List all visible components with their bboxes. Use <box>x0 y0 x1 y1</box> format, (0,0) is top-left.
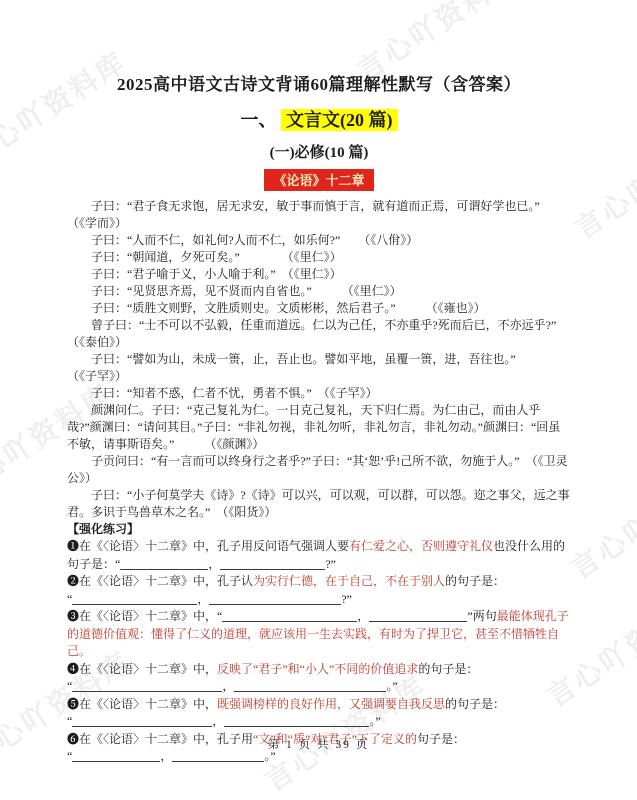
practice-question: ❺在《〈论语〉十二章》中，既强调榜样的良好作用，又强调要自我反思的句子是： “，… <box>67 696 571 731</box>
question-text: 在《〈论语〉十二章》中， <box>79 662 217 676</box>
answer-blank <box>369 609 467 622</box>
section-highlight: 文言文(20 篇) <box>281 109 398 131</box>
answer-blank <box>72 714 212 727</box>
passage-paragraph: 子曰：“譬如为山，未成一篑，止，吾止也。譬如平地，虽覆一篑，进，吾往也。” （《… <box>67 351 571 385</box>
question-text: 两句 <box>473 609 497 623</box>
passage-paragraph: 颜渊问仁。子曰：“克己复礼为仁。一日克己复礼，天下归仁焉。为仁由己，而由人乎哉?… <box>67 402 571 453</box>
question-number: ❺ <box>67 697 79 711</box>
blank-separator: ， <box>208 557 220 571</box>
question-number: ❶ <box>67 539 79 553</box>
answer-blank <box>220 557 325 570</box>
document-content: 2025高中语文古诗文背诵60篇理解性默写（含答案） 一、 文言文(20 篇) … <box>67 70 571 766</box>
passage-paragraph: 子曰：“小子何莫学夫《诗》?《诗》可以兴，可以观，可以群，可以怨。迩之事父，远之… <box>67 487 571 521</box>
section-number: 一、 <box>241 110 282 130</box>
page-title: 2025高中语文古诗文背诵60篇理解性默写（含答案） <box>67 70 571 95</box>
blank-close-quote: 。” <box>386 679 397 693</box>
question-text: 的句子是： <box>418 662 478 676</box>
question-red-text: 为实行仁德，在于自己，不在于别人 <box>253 574 445 588</box>
answer-blank <box>72 592 197 605</box>
document-page: 言心吖资料库 言心吖资料库 言心吖资料库 言心吖资料库 言心吖资料库 言心吖资料… <box>0 0 637 800</box>
question-text: 的句子是： <box>445 574 505 588</box>
blank-separator: ， <box>222 679 234 693</box>
passage-paragraph: 子曰：“人而不仁，如礼何?人而不仁，如乐何?” （《八佾》） <box>67 232 571 249</box>
blank-separator: ， <box>212 714 224 728</box>
question-red-text: 反映了“君子”和“小人”不同的价值追求 <box>217 662 418 676</box>
passage-paragraph: 子曰：“见贤思齐焉，见不贤而内自省也。” （《里仁》） <box>67 283 571 300</box>
practice-question: ❸在《〈论语〉十二章》中，“，”两句最能体现孔子的道德价值观：懂得了仁义的道理，… <box>67 608 571 661</box>
blank-separator: ， <box>357 609 369 623</box>
answer-blank <box>234 679 386 692</box>
chapter-banner: 《论语》十二章 <box>264 169 373 191</box>
page-footer: 第 1 页 共 39 页 <box>0 736 637 752</box>
answer-blank <box>222 609 357 622</box>
question-text: 在《〈论语〉十二章》中，孔子认 <box>79 574 253 588</box>
passage-paragraph: 子曰：“朝闻道，夕死可矣。” （《里仁》） <box>67 249 571 266</box>
question-text: 在《〈论语〉十二章》中， <box>79 697 217 711</box>
subsection-heading: (一)必修(10 篇) <box>67 141 571 162</box>
question-red-text: 有仁爱之心，否则遵守礼仪 <box>349 539 493 553</box>
practice-question: ❶在《〈论语〉十二章》中，孔子用反问语气强调人要有仁爱之心，否则遵守礼仪也没什么… <box>67 538 571 573</box>
blank-separator: ， <box>197 592 209 606</box>
question-text: 的句子是： <box>445 697 505 711</box>
question-red-text: 既强调榜样的良好作用，又强调要自我反思 <box>217 697 445 711</box>
passage-paragraph: 子曰：“质胜文则野，文胜质则史。文质彬彬，然后君子。” （《雍也》） <box>67 300 571 317</box>
passage-paragraph: 子贡问曰：“有一言而可以终身行之者乎?”子曰：“其‘恕’乎!己所不欲，勿施于人。… <box>67 453 571 487</box>
answer-blank <box>120 557 208 570</box>
question-text: 在《〈论语〉十二章》中，孔子用反问语气强调人要 <box>79 539 349 553</box>
watermark-text: 言心吖资料库 <box>562 453 637 588</box>
chapter-banner-row: 《论语》十二章 <box>67 169 571 191</box>
passage-paragraph: 曾子曰：“士不可以不弘毅，任重而道远。仁以为己任，不亦重乎?死而后已，不亦远乎?… <box>67 317 571 351</box>
answer-blank <box>72 679 222 692</box>
passage-paragraph: 子曰：“君子喻于义，小人喻于利。” （《里仁》） <box>67 266 571 283</box>
section-heading: 一、 文言文(20 篇) <box>67 106 571 132</box>
passage-paragraph: 子曰：“君子食无求饱，居无求安，敏于事而慎于言，就有道而正焉，可谓好学也已。” … <box>67 198 571 232</box>
question-number: ❹ <box>67 662 79 676</box>
blank-close-quote: 。” <box>369 714 380 728</box>
question-number: ❷ <box>67 574 79 588</box>
practice-label: 【强化练习】 <box>67 521 571 538</box>
answer-blank <box>209 592 341 605</box>
question-text: 在《〈论语〉十二章》中， <box>79 609 217 623</box>
passage-paragraph: 子曰：“知者不惑，仁者不忧，勇者不惧。” （《子罕》） <box>67 385 571 402</box>
blank-close-quote: ?” <box>325 557 336 571</box>
answer-blank <box>224 714 369 727</box>
blank-close-quote: ?” <box>341 592 352 606</box>
practice-question: ❹在《〈论语〉十二章》中，反映了“君子”和“小人”不同的价值追求的句子是： “，… <box>67 661 571 696</box>
practice-question: ❷在《〈论语〉十二章》中，孔子认为实行仁德，在于自己，不在于别人的句子是： “，… <box>67 573 571 608</box>
watermark-text: 言心吖资料库 <box>566 113 637 248</box>
question-number: ❸ <box>67 609 79 623</box>
